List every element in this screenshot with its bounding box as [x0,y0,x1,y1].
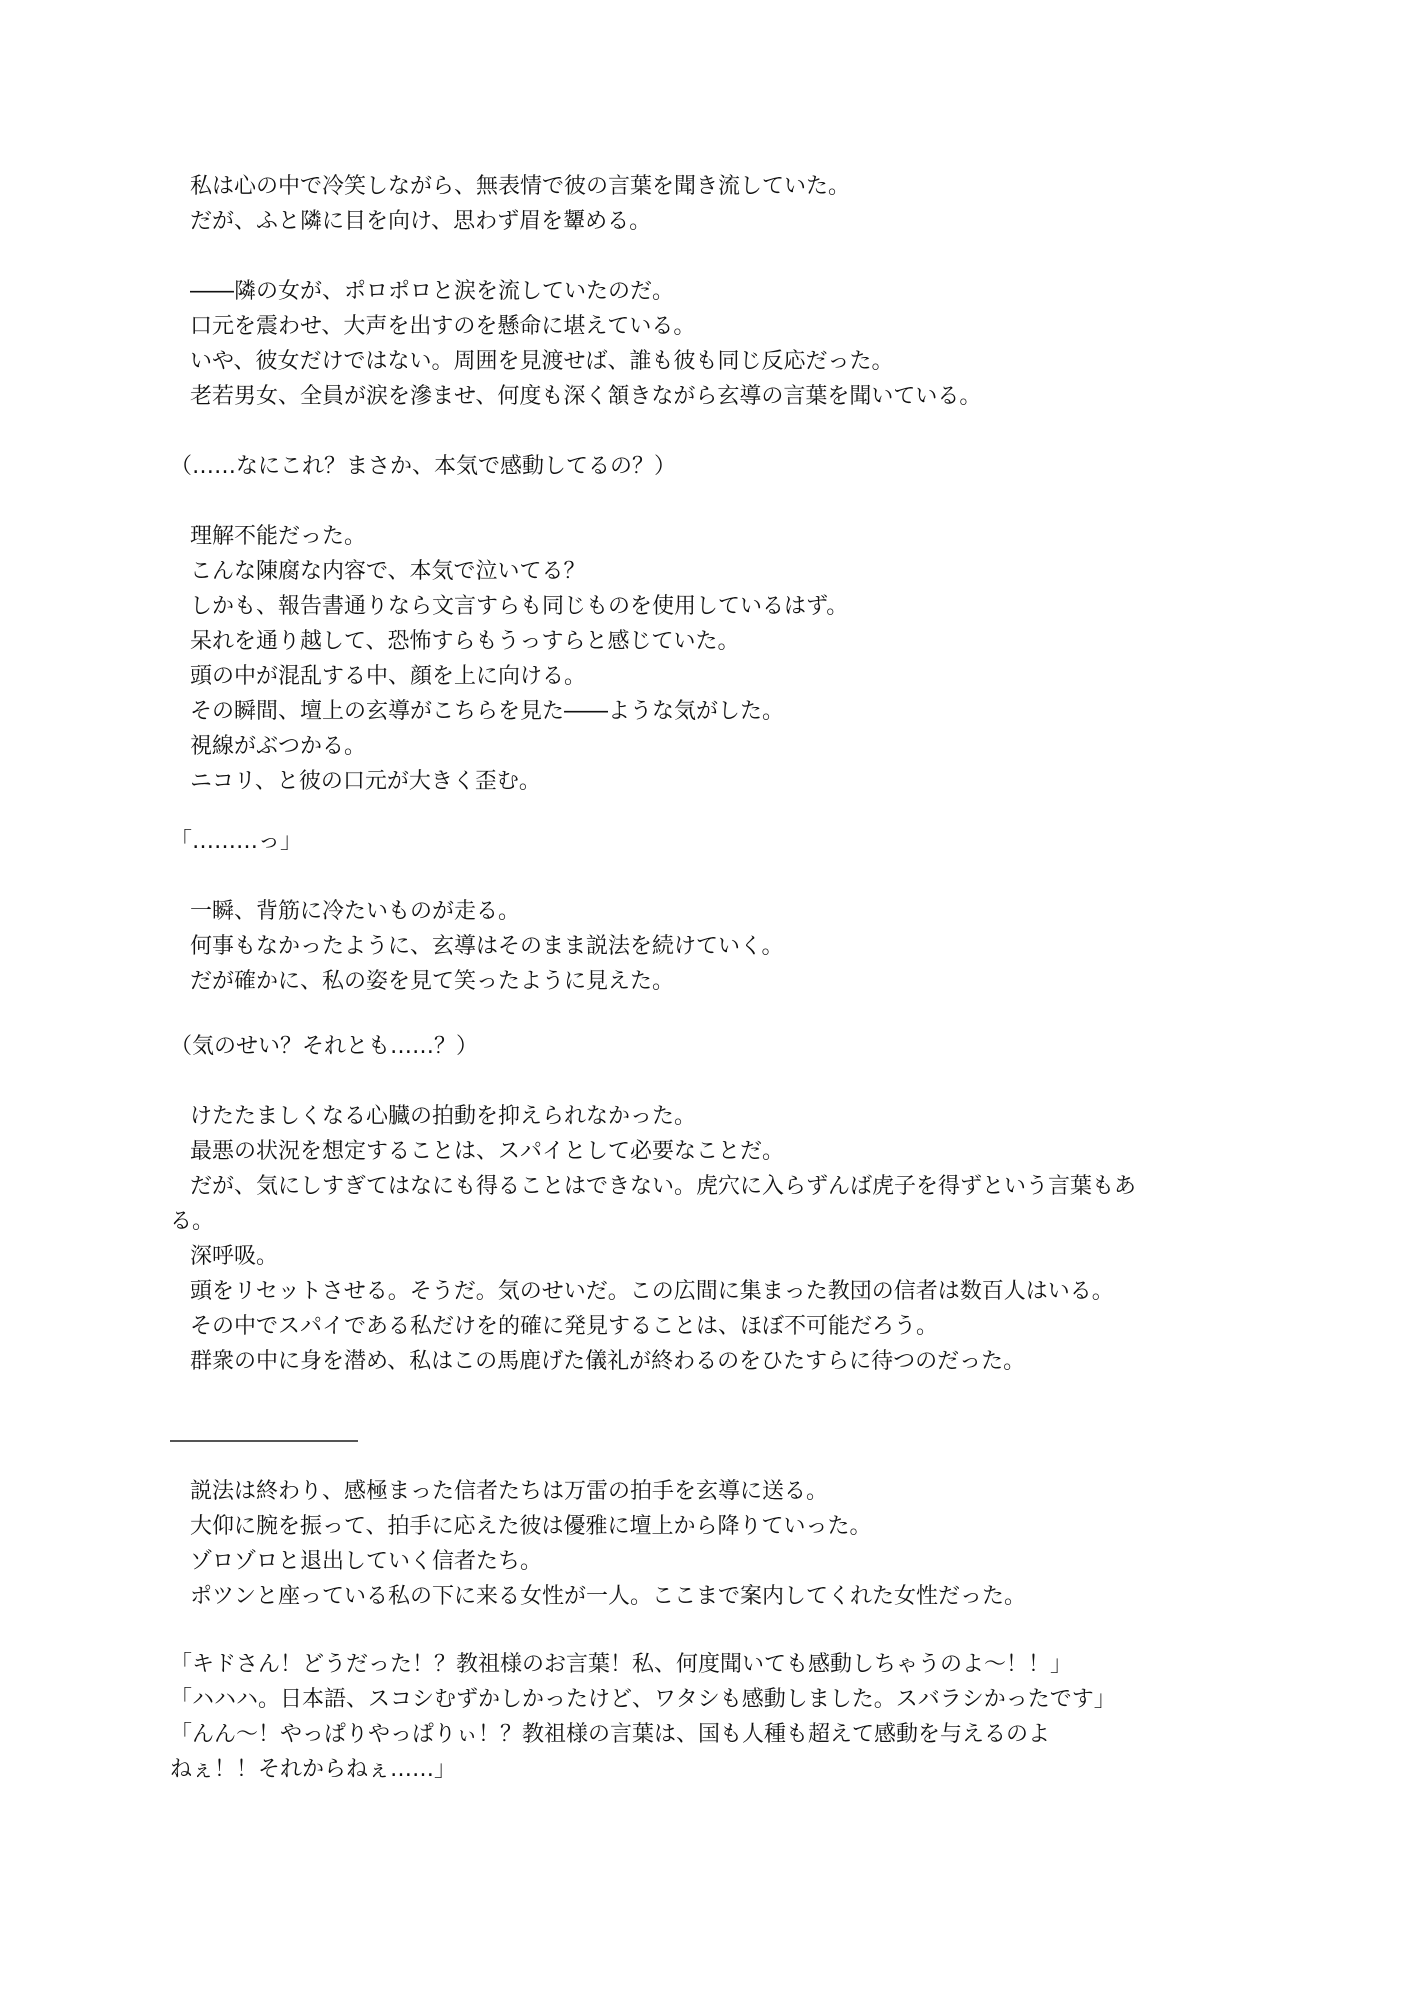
text-line: 何事もなかったように、玄導はそのまま説法を続けていく。 [190,932,784,962]
text-line: 「キドさん！どうだった！？教祖様のお言葉！私、何度聞いても感動しちゃうのよ～！！… [170,1650,1072,1680]
text-line: だが、ふと隣に目を向け、思わず眉を顰める。 [190,207,651,237]
text-line: ポツンと座っている私の下に来る女性が一人。ここまで案内してくれた女性だった。 [190,1582,1026,1612]
text-line: ねぇ！！それからねぇ……」 [170,1755,456,1785]
text-line: 頭をリセットさせる。そうだ。気のせいだ。この広間に集まった教団の信者は数百人はい… [190,1277,1114,1307]
text-line: 一瞬、背筋に冷たいものが走る。 [190,897,520,927]
text-line: だが確かに、私の姿を見て笑ったように見えた。 [190,967,674,997]
text-line: いや、彼女だけではない。周囲を見渡せば、誰も彼も同じ反応だった。 [190,347,894,377]
text-line: 深呼吸。 [190,1242,278,1272]
text-line: けたたましくなる心臓の拍動を抑えられなかった。 [190,1102,696,1132]
text-line: ニコリ、と彼の口元が大きく歪む。 [190,767,541,797]
text-line: 説法は終わり、感極まった信者たちは万雷の拍手を玄導に送る。 [190,1477,828,1507]
text-line: 「………っ」 [170,827,302,857]
text-line: 口元を震わせ、大声を出すのを懸命に堪えている。 [190,312,695,342]
text-line: 老若男女、全員が涙を滲ませ、何度も深く頷きながら玄導の言葉を聞いている。 [190,382,981,412]
text-line: こんな陳腐な内容で、本気で泣いてる？ [190,557,586,587]
text-line: 頭の中が混乱する中、顔を上に向ける。 [190,662,586,692]
text-line: 呆れを通り越して、恐怖すらもうっすらと感じていた。 [190,627,740,657]
text-line: その瞬間、壇上の玄導がこちらを見た――ような気がした。 [190,697,784,727]
text-line: （気のせい？それとも……？） [170,1032,478,1062]
text-line: 群衆の中に身を潜め、私はこの馬鹿げた儀礼が終わるのをひたすらに待つのだった。 [190,1347,1025,1377]
text-line: ――隣の女が、ポロポロと涙を流していたのだ。 [190,277,674,307]
text-line: その中でスパイである私だけを的確に発見することは、ほぼ不可能だろう。 [190,1312,938,1342]
text-line: 視線がぶつかる。 [190,732,366,762]
text-line: （……なにこれ？まさか、本気で感動してるの？） [170,452,676,482]
text-line: 「んん～！やっぱりやっぱりぃ！？教祖様の言葉は、国も人種も超えて感動を与えるのよ [170,1720,1050,1750]
scene-divider [170,1440,358,1442]
document-page: 私は心の中で冷笑しながら、無表情で彼の言葉を聞き流していた。だが、ふと隣に目を向… [0,0,1414,2000]
text-line: ゾロゾロと退出していく信者たち。 [190,1547,542,1577]
text-line: 「ハハハ。日本語、スコシむずかしかったけど、ワタシも感動しました。スバラシかった… [170,1685,1116,1715]
text-line: 大仰に腕を振って、拍手に応えた彼は優雅に壇上から降りていった。 [190,1512,872,1542]
text-line: 私は心の中で冷笑しながら、無表情で彼の言葉を聞き流していた。 [190,172,850,202]
text-line: 理解不能だった。 [190,522,366,552]
text-line: しかも、報告書通りなら文言すらも同じものを使用しているはず。 [190,592,848,622]
text-line: る。 [170,1207,214,1237]
text-line: 最悪の状況を想定することは、スパイとして必要なことだ。 [190,1137,784,1167]
text-line: だが、気にしすぎてはなにも得ることはできない。虎穴に入らずんば虎子を得ずという言… [190,1172,1136,1202]
